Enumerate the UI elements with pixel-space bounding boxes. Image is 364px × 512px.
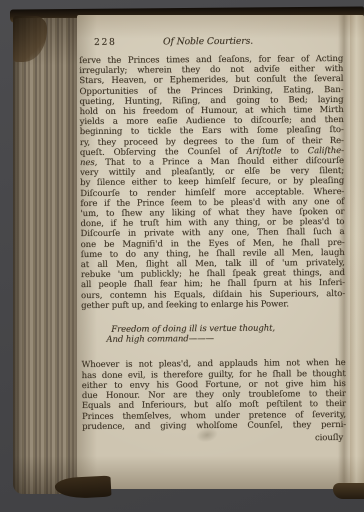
scanned-book-photo: 228 Of Noble Courtiers. ſerve the Prince…: [0, 0, 364, 512]
page-header: 228 Of Noble Courtiers.: [79, 36, 343, 50]
adjacent-page-strip: [350, 15, 364, 489]
text-line: gether puft up, and ſeeking to enlarge h…: [81, 299, 345, 311]
text-line: And high command———: [106, 333, 345, 345]
text-line: prudence, and giving wholſome Counſel, t…: [82, 420, 346, 432]
page-edge-stack: [13, 18, 79, 494]
catchword: ciouſly: [82, 433, 346, 445]
verse-quotation: Freedom of doing ill is vertue thought,A…: [111, 323, 345, 345]
running-title: Of Noble Courtiers.: [79, 36, 337, 48]
paragraph-2: Whoever is not pleas'd, and applauds him…: [82, 358, 347, 431]
paragraph-1: ſerve the Princes times and ſeaſons, for…: [79, 54, 345, 311]
cover-corner-bottom-left: [54, 476, 111, 500]
page-text-block: 228 Of Noble Courtiers. ſerve the Prince…: [79, 36, 346, 445]
cover-corner-bottom-right: [333, 483, 364, 499]
